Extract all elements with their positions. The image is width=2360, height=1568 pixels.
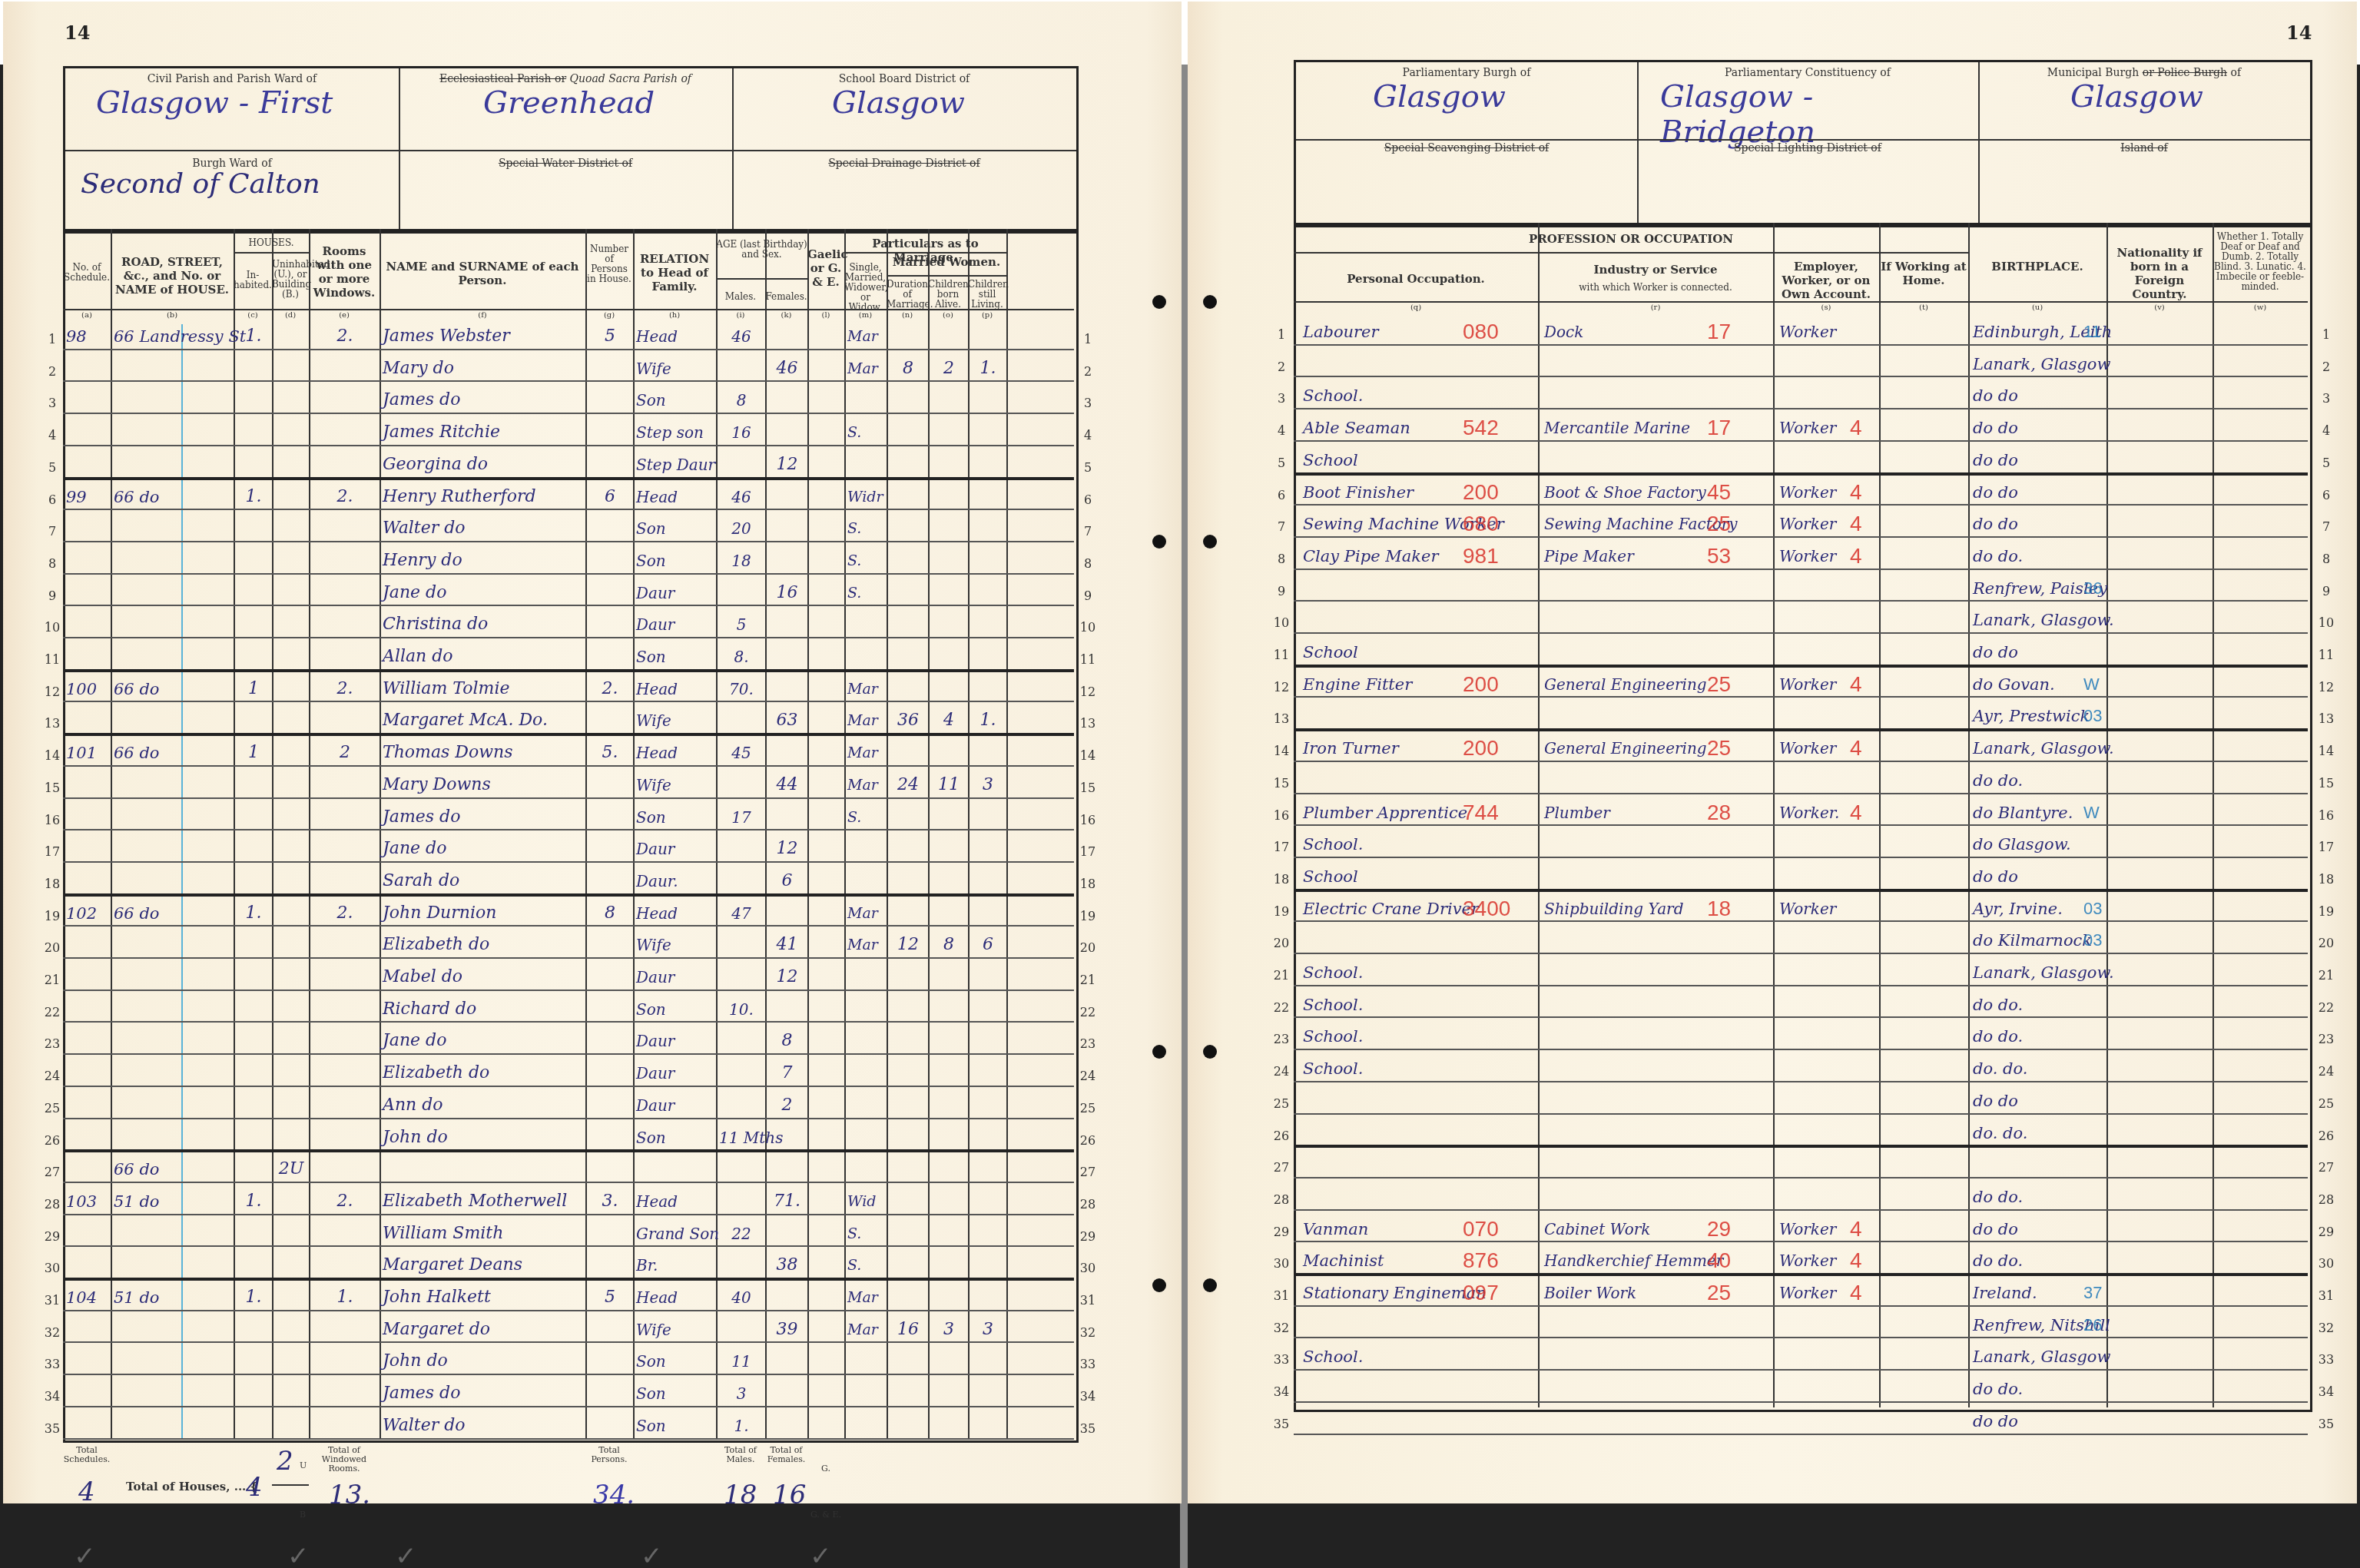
- check-mark: ✓: [810, 1541, 832, 1568]
- total-females-value: 16: [773, 1480, 806, 1510]
- occupation-code: 200: [1463, 730, 1540, 761]
- row-number: 16: [43, 813, 61, 827]
- cell-persons: 5: [588, 318, 631, 350]
- island-label: Island of: [1978, 142, 2310, 154]
- row-number: 3: [1079, 396, 1097, 410]
- row-number: 29: [1272, 1225, 1291, 1239]
- column-letter: (w): [2212, 303, 2308, 313]
- water-district-label: Special Water District of: [399, 157, 732, 170]
- row-number: 29: [2317, 1225, 2335, 1239]
- totals-bottom-rule: [63, 1526, 1074, 1529]
- cell-birthplace: do do: [1973, 1082, 2203, 1114]
- row-number: 26: [1079, 1133, 1097, 1148]
- birthplace-code: 26: [2083, 1307, 2130, 1338]
- col-header-at-home: If Working at Home.: [1879, 260, 1968, 287]
- cell-marital: Mar: [847, 671, 885, 702]
- row-number: 19: [1079, 909, 1097, 923]
- row-number: 2: [1272, 360, 1291, 374]
- row-number: 28: [1272, 1192, 1291, 1207]
- cell-age-male: 22: [719, 1215, 764, 1247]
- cell-birthplace: do do.: [1973, 986, 2203, 1018]
- row-number: 25: [1079, 1101, 1097, 1116]
- cell-birthplace: Lanark, Glasgow.: [1973, 730, 2203, 761]
- cell-age-female: 38: [768, 1247, 806, 1278]
- row-number: 5: [43, 460, 61, 475]
- cell-relation: Br.: [636, 1247, 714, 1278]
- col-header-born-alive: Children born Alive.: [928, 280, 968, 310]
- cell-age-female: 63: [768, 702, 806, 734]
- cell-name: James do: [383, 799, 584, 830]
- left-header-box: Civil Parish and Parish Ward of Glasgow …: [63, 66, 1079, 234]
- column-divider: [807, 229, 809, 1438]
- row-number: 10: [1272, 615, 1291, 630]
- row-number: 17: [1272, 840, 1291, 854]
- cell-marital: Mar: [847, 1311, 885, 1343]
- cell-age-male: 20: [719, 510, 764, 542]
- cell-age-male: 18: [719, 542, 764, 574]
- cell-age-male: 11: [719, 1343, 764, 1374]
- cell-name: John Halkett: [383, 1279, 584, 1311]
- industry-code: 53: [1707, 538, 1768, 569]
- cell-age-female: 46: [768, 350, 806, 382]
- cell-relation: Daur: [636, 830, 714, 862]
- cell-relation: Wife: [636, 767, 714, 798]
- row-number: 30: [43, 1261, 61, 1275]
- cell-name: Margaret McA. Do.: [383, 702, 584, 734]
- profession-divider: [1294, 252, 1968, 254]
- cell-birthplace: do do: [1973, 858, 2203, 890]
- cell-relation: Daur: [636, 606, 714, 638]
- cell-birthplace: Lanark, Glasgow: [1973, 1338, 2203, 1370]
- civil-parish-cell: Civil Parish and Parish Ward of Glasgow …: [65, 68, 400, 231]
- row-number: 11: [43, 652, 61, 667]
- row-number: 9: [1079, 588, 1097, 603]
- row-number: 8: [1079, 556, 1097, 571]
- row-number: 21: [43, 973, 61, 987]
- cell-relation: Son: [636, 799, 714, 830]
- cell-birthplace: do do: [1973, 474, 2203, 506]
- cell-birthplace: do do: [1973, 1403, 2203, 1434]
- occupation-code: 680: [1463, 506, 1540, 537]
- cell-relation: Daur: [636, 1023, 714, 1054]
- cell-occupation: Stationary Engineman: [1303, 1275, 1472, 1306]
- cell-persons: 2.: [588, 671, 631, 702]
- occupation-code: 744: [1463, 794, 1540, 826]
- row-number: 2: [1079, 364, 1097, 379]
- binding-hole: [1152, 1278, 1166, 1292]
- row-number: 10: [43, 620, 61, 635]
- cell-name: Henry do: [383, 542, 584, 574]
- col-header-males: Males.: [716, 292, 765, 302]
- row-number: 2: [2317, 360, 2335, 374]
- row-number: 20: [1079, 940, 1097, 955]
- cell-marital: S.: [847, 1215, 885, 1247]
- cell-born-alive: 4: [931, 702, 966, 734]
- column-divider: [1773, 223, 1775, 1407]
- column-divider: [234, 229, 235, 1438]
- cell-birthplace: do do: [1973, 442, 2203, 473]
- birthplace-code: 03: [2083, 922, 2130, 953]
- cell-age-male: 16: [719, 414, 764, 446]
- row-number: 16: [2317, 808, 2335, 823]
- cell-rooms: 2.: [312, 671, 378, 702]
- column-divider: [111, 229, 112, 1438]
- married-women-divider: [887, 275, 1006, 277]
- total-persons-value: 34.: [593, 1480, 635, 1510]
- row-number: 19: [43, 909, 61, 923]
- eccl-parish-cell: Ecclesiastical Parish or Quoad Sacra Par…: [399, 68, 734, 231]
- row-number: 34: [1079, 1389, 1097, 1404]
- employer-code: 4: [1850, 1275, 1881, 1306]
- col-header-relation: RELATION to Head of Family.: [633, 252, 716, 293]
- cell-occupation: Plumber Apprentice: [1303, 794, 1472, 826]
- industry-code: 17: [1707, 409, 1768, 441]
- occupation-code: 200: [1463, 474, 1540, 506]
- cell-relation: Daur: [636, 959, 714, 990]
- cell-age-male: 8: [719, 382, 764, 413]
- cell-name: Mary do: [383, 350, 584, 382]
- cell-birthplace: Lanark, Glasgow.: [1973, 602, 2203, 633]
- cell-relation: Wife: [636, 702, 714, 734]
- cell-name: Walter do: [383, 1407, 584, 1439]
- col-header-inhabited: In-habited.: [234, 270, 272, 290]
- row-number: 5: [1079, 460, 1097, 475]
- check-mark: ✓: [74, 1541, 96, 1568]
- cell-birthplace: do do.: [1973, 1178, 2203, 1210]
- employer-code: 4: [1850, 1211, 1881, 1242]
- row-number: 22: [2317, 1000, 2335, 1015]
- row-number: 7: [2317, 519, 2335, 534]
- cell-name: Elizabeth do: [383, 927, 584, 958]
- row-number: 4: [2317, 423, 2335, 438]
- cell-marital: Widr: [847, 479, 885, 510]
- row-number: 6: [1272, 488, 1291, 502]
- industry-code: 25: [1707, 506, 1768, 537]
- cell-relation: Son: [636, 1119, 714, 1151]
- row-number: 28: [43, 1197, 61, 1212]
- cell-age-male: 47: [719, 895, 764, 927]
- row-number: 28: [1079, 1197, 1097, 1212]
- cell-born-alive: 2: [931, 350, 966, 382]
- column-letter: (r): [1538, 303, 1773, 313]
- cell-age-male: 3: [719, 1375, 764, 1407]
- col-header-nationality: Nationality if born in a Foreign Country…: [2106, 246, 2212, 301]
- cell-age-male: 11 Mths: [719, 1119, 764, 1151]
- cell-schedule: 104: [66, 1279, 109, 1311]
- left-page: 14 Civil Parish and Parish Ward of Glasg…: [3, 2, 1182, 1503]
- employer-code: 4: [1850, 474, 1881, 506]
- cell-age-male: 70.: [719, 671, 764, 702]
- cell-relation: Son: [636, 1407, 714, 1439]
- row-number: 23: [43, 1036, 61, 1051]
- col-header-industry: Industry or Service: [1538, 263, 1773, 277]
- row-number: 18: [1272, 872, 1291, 887]
- row-number: 21: [1272, 968, 1291, 983]
- row-number: 26: [2317, 1129, 2335, 1143]
- cell-occupation: School.: [1303, 1338, 1472, 1370]
- row-number: 28: [2317, 1192, 2335, 1207]
- total-inhabited-value: 4: [246, 1472, 263, 1503]
- column-divider: [272, 229, 273, 1438]
- column-letter: (v): [2106, 303, 2212, 313]
- row-number: 11: [1079, 652, 1097, 667]
- row-number: 16: [1079, 813, 1097, 827]
- marriage-divider: [844, 252, 1006, 254]
- total-males-value: 18: [724, 1480, 757, 1510]
- employer-code: 4: [1850, 730, 1881, 761]
- cell-relation: Son: [636, 542, 714, 574]
- cell-birthplace: do do: [1973, 1211, 2203, 1242]
- cell-occupation: Engine Fitter: [1303, 666, 1472, 698]
- binding-hole: [1203, 535, 1217, 549]
- row-number: 21: [1079, 973, 1097, 987]
- cell-marital: Mar: [847, 350, 885, 382]
- occupation-code: 080: [1463, 313, 1540, 345]
- row-number: 13: [1079, 716, 1097, 731]
- row-number: 33: [43, 1357, 61, 1371]
- row-number: 12: [2317, 680, 2335, 694]
- total-persons-label: Total Persons.: [585, 1446, 633, 1464]
- cell-relation: Daur: [636, 575, 714, 606]
- cell-age-female: 44: [768, 767, 806, 798]
- row-number: 34: [1272, 1384, 1291, 1399]
- row-number: 12: [1079, 685, 1097, 699]
- cell-name: James Webster: [383, 318, 584, 350]
- cell-birthplace: do do.: [1973, 1242, 2203, 1274]
- employer-code: 4: [1850, 538, 1881, 569]
- row-number: 15: [43, 781, 61, 795]
- employer-code: 4: [1850, 506, 1881, 537]
- row-number: 11: [2317, 648, 2335, 662]
- cell-relation: Wife: [636, 350, 714, 382]
- cell-birthplace: do do.: [1973, 1018, 2203, 1049]
- row-number: 3: [43, 396, 61, 410]
- cell-occupation: School: [1303, 442, 1472, 473]
- municipal-label: Municipal Burgh or Police Burgh of: [1978, 67, 2310, 79]
- column-letter: (d): [272, 310, 309, 320]
- parl-const-cell: Parliamentary Constituency of Glasgow - …: [1637, 62, 1980, 225]
- industry-code: 29: [1707, 1211, 1768, 1242]
- cell-age-female: 12: [768, 830, 806, 862]
- right-page: 14 Parliamentary Burgh of Glasgow Specia…: [1188, 2, 2357, 1503]
- industry-code: 45: [1707, 474, 1768, 506]
- cell-name: William Smith: [383, 1215, 584, 1247]
- employer-code: 4: [1850, 794, 1881, 826]
- cell-relation: Step son: [636, 414, 714, 446]
- col-header-females: Females.: [765, 292, 807, 302]
- cell-occupation: Boot Finisher: [1303, 474, 1472, 506]
- binding-hole: [1152, 1045, 1166, 1059]
- cell-relation: Son: [636, 1375, 714, 1407]
- cell-name: Allan do: [383, 638, 584, 670]
- cell-employer: Worker: [1779, 890, 1871, 922]
- cell-occupation: School.: [1303, 377, 1472, 409]
- total-males-label: Total of Males.: [716, 1446, 765, 1464]
- row-number: 17: [43, 844, 61, 859]
- column-letter: (u): [1968, 303, 2106, 313]
- cell-marital: S.: [847, 1247, 885, 1278]
- cell-age-male: 5: [719, 606, 764, 638]
- row-number: 24: [1272, 1064, 1291, 1079]
- cell-age-male: 40: [719, 1279, 764, 1311]
- industry-code: 40: [1707, 1242, 1768, 1274]
- row-number: 23: [1079, 1036, 1097, 1051]
- col-header-still-living: Children still Living.: [968, 280, 1006, 310]
- col-header-infirmity: Whether 1. Totally Deaf or Deaf and Dumb…: [2212, 232, 2308, 292]
- cell-birthplace: do do: [1973, 634, 2203, 665]
- row-number: 8: [43, 556, 61, 571]
- row-number: 9: [43, 588, 61, 603]
- cell-occupation: Vanman: [1303, 1211, 1472, 1242]
- row-number: 24: [43, 1069, 61, 1083]
- column-letter: (s): [1773, 303, 1879, 313]
- industry-code: 28: [1707, 794, 1768, 826]
- row-number: 31: [43, 1293, 61, 1308]
- cell-address: 66 do: [114, 1151, 232, 1182]
- row-number: 32: [43, 1325, 61, 1340]
- column-divider: [1006, 229, 1008, 1438]
- row-number: 12: [43, 685, 61, 699]
- cell-name: James do: [383, 382, 584, 413]
- cell-occupation: School.: [1303, 1018, 1472, 1049]
- row-number: 32: [1079, 1325, 1097, 1340]
- industry-code: 18: [1707, 890, 1768, 922]
- cell-name: Margaret Deans: [383, 1247, 584, 1278]
- row-number: 17: [2317, 840, 2335, 854]
- cell-relation: Head: [636, 318, 714, 350]
- cell-name: Mary Downs: [383, 767, 584, 798]
- cell-relation: Wife: [636, 927, 714, 958]
- cell-marital: Mar: [847, 895, 885, 927]
- row-number: 14: [43, 748, 61, 763]
- column-divider: [380, 229, 381, 1438]
- row-number: 19: [1272, 904, 1291, 919]
- cell-persons: 3.: [588, 1183, 631, 1215]
- cell-schedule: 103: [66, 1183, 109, 1215]
- cell-address: 66 do: [114, 479, 232, 510]
- cell-relation: Son: [636, 382, 714, 413]
- cell-marital: S.: [847, 542, 885, 574]
- col-header-personal-occupation: Personal Occupation.: [1294, 272, 1538, 286]
- industry-code: 25: [1707, 666, 1768, 698]
- cell-inhabited: 1.: [237, 1279, 270, 1311]
- cell-name: John do: [383, 1343, 584, 1374]
- cell-name: Thomas Downs: [383, 734, 584, 766]
- total-schedules-value: 4: [78, 1477, 95, 1507]
- cell-marital: S.: [847, 799, 885, 830]
- cell-occupation: Electric Crane Driver: [1303, 890, 1472, 922]
- cell-age-male: 45: [719, 734, 764, 766]
- cell-age-female: 12: [768, 446, 806, 478]
- row-number: 29: [43, 1229, 61, 1244]
- cell-birthplace: do do: [1973, 506, 2203, 537]
- cell-inhabited: 1.: [237, 479, 270, 510]
- cell-duration: 24: [890, 767, 926, 798]
- cell-relation: Son: [636, 510, 714, 542]
- row-number: 1: [1079, 332, 1097, 346]
- cell-name: Henry Rutherford: [383, 479, 584, 510]
- cell-marital: Mar: [847, 734, 885, 766]
- parl-burgh-value: Glasgow: [1373, 79, 1506, 114]
- cell-name: John do: [383, 1119, 584, 1151]
- cell-occupation: Iron Turner: [1303, 730, 1472, 761]
- cell-occupation: School: [1303, 858, 1472, 890]
- column-letter: (p): [968, 310, 1006, 320]
- cell-age-female: 41: [768, 927, 806, 958]
- b-label: B: [300, 1510, 306, 1520]
- row-number: 27: [1079, 1165, 1097, 1179]
- parl-burgh-label: Parliamentary Burgh of: [1296, 67, 1637, 79]
- u-label: U: [300, 1461, 307, 1470]
- row-number: 30: [1272, 1256, 1291, 1271]
- cell-rooms: 2.: [312, 318, 378, 350]
- cell-uninhabited: 2U: [275, 1151, 307, 1182]
- birthplace-code: 03: [2083, 698, 2130, 729]
- cell-still-living: 3: [971, 1311, 1005, 1343]
- lighting-label: Special Lighting District of: [1637, 142, 1978, 154]
- cell-persons: 5.: [588, 734, 631, 766]
- drainage-district-label: Special Drainage District of: [732, 157, 1076, 170]
- row-number: 7: [1079, 524, 1097, 539]
- cell-schedule: 98: [66, 318, 109, 350]
- row-number: 24: [1079, 1069, 1097, 1083]
- column-divider: [309, 229, 310, 1438]
- g-label: G.: [807, 1464, 844, 1474]
- school-board-value: Glasgow: [832, 85, 965, 121]
- column-divider: [633, 229, 635, 1438]
- civil-parish-value: Glasgow - First: [96, 85, 333, 121]
- occupation-code: 200: [1463, 666, 1540, 698]
- birthplace-code: 11: [2083, 313, 2130, 345]
- ub-divider: [272, 1484, 309, 1486]
- row-number: 14: [1272, 744, 1291, 758]
- col-header-industry-sub: with which Worker is connected.: [1538, 283, 1773, 293]
- row-number: 14: [1079, 748, 1097, 763]
- row-number: 25: [1272, 1096, 1291, 1111]
- row-number: 35: [1272, 1417, 1291, 1431]
- cell-duration: 16: [890, 1311, 926, 1343]
- cell-relation: Son: [636, 1343, 714, 1374]
- row-number: 1: [1272, 327, 1291, 342]
- parl-const-label: Parliamentary Constituency of: [1637, 67, 1978, 79]
- column-letter: (l): [807, 310, 844, 320]
- cell-age-male: 46: [719, 318, 764, 350]
- column-divider: [1968, 223, 1970, 1407]
- row-number: 8: [1272, 552, 1291, 566]
- cell-still-living: 3: [971, 767, 1005, 798]
- cell-relation: Head: [636, 671, 714, 702]
- row-number: 1: [2317, 327, 2335, 342]
- cell-age-female: 6: [768, 863, 806, 894]
- binding-hole: [1152, 535, 1166, 549]
- cell-name: Ann do: [383, 1087, 584, 1119]
- cell-rooms: 2.: [312, 479, 378, 510]
- cell-still-living: 1.: [971, 350, 1005, 382]
- row-number: 27: [43, 1165, 61, 1179]
- eccl-parish-value: Greenhead: [483, 85, 655, 121]
- row-number: 22: [43, 1005, 61, 1019]
- employer-code: 4: [1850, 409, 1881, 441]
- column-letter: (n): [887, 310, 928, 320]
- binding-hole: [1152, 295, 1166, 309]
- eccl-parish-label: Ecclesiastical Parish or Quoad Sacra Par…: [399, 73, 732, 85]
- cell-age-male: 8.: [719, 638, 764, 670]
- row-number: 17: [1079, 844, 1097, 859]
- row-number: 32: [1272, 1321, 1291, 1335]
- cell-name: Richard do: [383, 991, 584, 1023]
- row-number: 13: [2317, 711, 2335, 726]
- employer-code: 4: [1850, 666, 1881, 698]
